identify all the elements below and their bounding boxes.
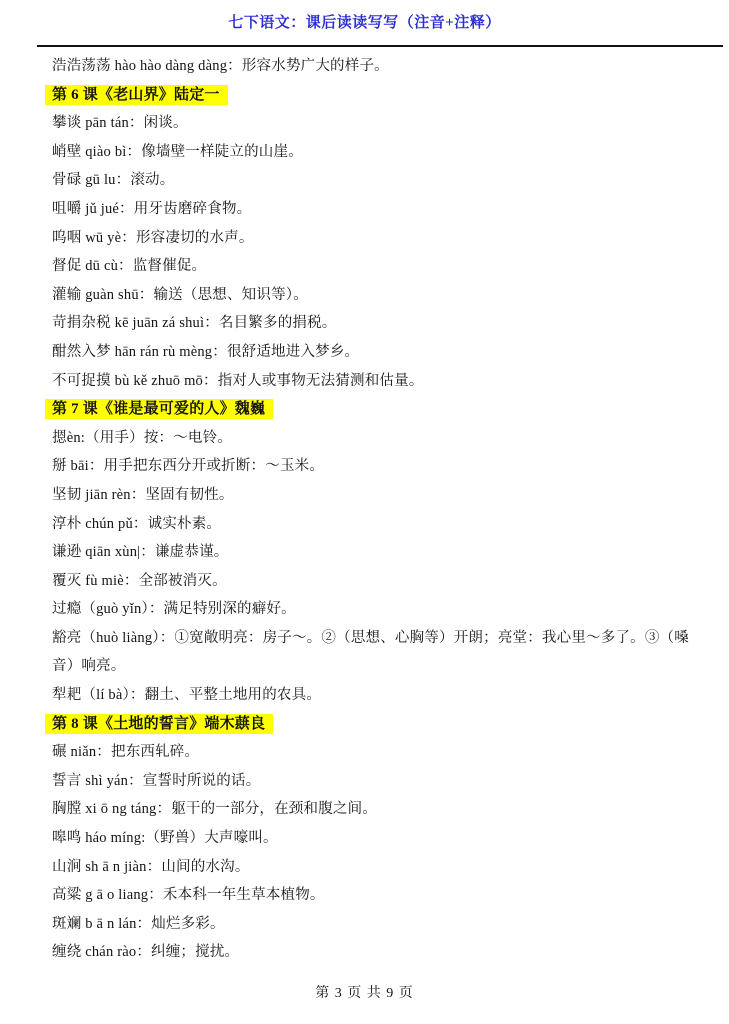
document-title: 七下语文：课后读读写写（注音+注释） [0,0,729,34]
section-header: 第 7 课《谁是最可爱的人》魏巍 [52,395,692,424]
vocab-entry: 谦逊 qiān xùn|：谦虚恭谨。 [52,538,692,567]
vocab-entry: 碾 niǎn：把东西轧碎。 [52,738,692,767]
vocab-entry: 覆灭 fù miè：全部被消灭。 [52,567,692,596]
vocab-entry: 斑斓 b ā n lán：灿烂多彩。 [52,910,692,939]
vocab-entry: 浩浩荡荡 hào hào dàng dàng：形容水势广大的样子。 [52,52,692,81]
vocab-entry: 咀嚼 jǔ jué：用牙齿磨碎食物。 [52,195,692,224]
vocab-entry: 掰 bāi：用手把东西分开或折断：～玉米。 [52,452,692,481]
vocab-entry: 缠绕 chán rào：纠缠；搅扰。 [52,938,692,967]
vocab-entry: 峭壁 qiào bì：像墙壁一样陡立的山崖。 [52,138,692,167]
vocab-entry: 淳朴 chún pǔ：诚实朴素。 [52,510,692,539]
vocab-entry: 督促 dū cù：监督催促。 [52,252,692,281]
section-header-highlight: 第 6 课《老山界》陆定一 [45,85,228,105]
section-header-highlight: 第 7 课《谁是最可爱的人》魏巍 [45,399,273,419]
section-header: 第 8 课《土地的誓言》端木蕻良 [52,710,692,739]
vocab-entry: 酣然入梦 hān rán rù mèng：很舒适地进入梦乡。 [52,338,692,367]
vocab-entry: 不可捉摸 bù kě zhuō mō：指对人或事物无法猜测和估量。 [52,367,692,396]
vocab-entry: 誓言 shì yán：宣誓时所说的话。 [52,767,692,796]
vocab-entry: 灌输 guàn shū：输送（思想、知识等）。 [52,281,692,310]
document-page: 七下语文：课后读读写写（注音+注释） 浩浩荡荡 hào hào dàng dàn… [0,0,729,1024]
section-header-highlight: 第 8 课《土地的誓言》端木蕻良 [45,714,273,734]
vocab-entry: 高粱 g ā o liang：禾本科一年生草本植物。 [52,881,692,910]
vocab-entry: 山涧 sh ā n jiàn：山间的水沟。 [52,853,692,882]
title-divider [37,45,723,47]
page-number: 第 3 页 共 9 页 [0,982,729,1002]
vocab-entry: 胸膛 xi ō ng táng：躯干的一部分，在颈和腹之间。 [52,795,692,824]
vocab-entry: 骨碌 gū lu：滚动。 [52,166,692,195]
vocab-entry: 犁耙（lí bà）：翻土、平整土地用的农具。 [52,681,692,710]
vocab-entry: 呜咽 wū yè：形容凄切的水声。 [52,224,692,253]
vocab-entry: 坚韧 jiān rèn：坚固有韧性。 [52,481,692,510]
vocab-entry: 豁亮（huò liàng）：①宽敞明亮：房子～。②（思想、心胸等）开朗；亮堂：我… [52,624,692,681]
vocab-entry: 摁èn:（用手）按：～电铃。 [52,424,692,453]
vocab-entry: 苛捐杂税 kē juān zá shuì：名目繁多的捐税。 [52,309,692,338]
vocab-entry: 过瘾（guò yǐn）：满足特别深的癖好。 [52,595,692,624]
vocab-entry: 攀谈 pān tán：闲谈。 [52,109,692,138]
vocabulary-list: 浩浩荡荡 hào hào dàng dàng：形容水势广大的样子。第 6 课《老… [52,52,692,967]
vocab-entry: 嗥鸣 háo míng:（野兽）大声嚎叫。 [52,824,692,853]
section-header: 第 6 课《老山界》陆定一 [52,81,692,110]
